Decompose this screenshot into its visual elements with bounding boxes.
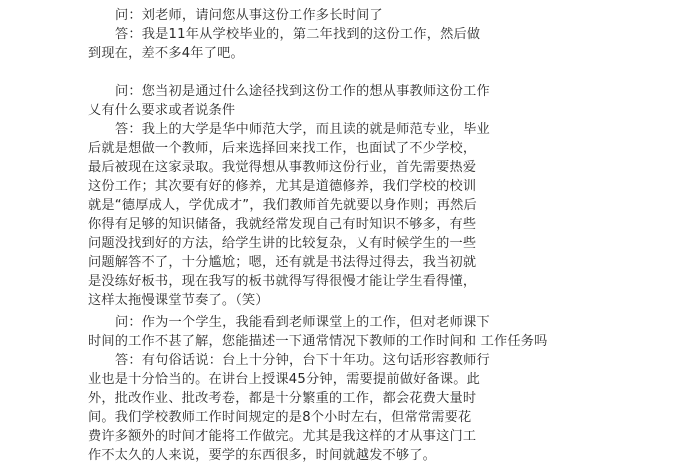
answer-1: 答：我是11年从学校毕业的，第二年找到的这份工作，然后做 (115, 26, 480, 44)
question-1: 问：刘老师，请问您从事这份工作多长时间了 (115, 7, 383, 25)
text-line: 外，批改作业、批改考卷，都是十分繁重的工作，都会花费大量时 (88, 390, 476, 408)
document-page: 问：刘老师，请问您从事这份工作多长时间了 答：我是11年从学校毕业的，第二年找到… (0, 0, 700, 470)
text-line: 作不太久的人来说，要学的东西很多，时间就越发不够了。 (88, 447, 436, 465)
text-line: 就是“德厚成人，学优成才”，我们教师首先就要以身作则；再然后 (88, 197, 477, 215)
answer-3: 答：有句俗话说：台上十分钟，台下十年功。这句话形容教师行 (115, 352, 490, 370)
text-line: 乂有什么要求或者说条件 (88, 102, 235, 120)
text-line: 你得有足够的知识储备，我就经常发现自己有时知识不够多，有些 (88, 216, 476, 234)
text-line: 问题解答不了，十分尴尬；嗯，还有就是书法得过得去，我当初就 (88, 254, 476, 272)
text-line: 业也是十分恰当的。在讲台上授课45分钟，需要提前做好备课。此 (88, 371, 480, 389)
text-line: 问题没找到好的方法，给学生讲的比较复杂，乂有时候学生的一些 (88, 235, 476, 253)
answer-2: 答：我上的大学是华中师范大学，而且读的就是师范专业，毕业 (115, 121, 490, 139)
question-2: 问：您当初是通过什么途径找到这份工作的想从事教师这份工作 (115, 83, 490, 101)
text-line: 后就是想做一个教师，后来选择回来找工作，也面试了不少学校， (88, 140, 476, 158)
text-line: 费许多额外的时间才能将工作做完。尤其是我这样的才从事这门工 (88, 428, 476, 446)
text-line: 这份工作；其次要有好的修养，尤其是道德修养，我们学校的校训 (88, 178, 476, 196)
text-line: 时间的工作不甚了解，您能描述一下通常情况下教师的工作时间和 工作任务吗 (88, 333, 548, 351)
text-line: 最后被现在这家录取。我觉得想从事教师这份行业，首先需要热爱 (88, 159, 476, 177)
text-line: 是没练好板书，现在我写的板书就得写得很慢才能让学生看得懂， (88, 273, 476, 291)
text-line: 间。我们学校教师工作时间规定的是8个小时左右，但常常需要花 (88, 409, 471, 427)
text-line: 到现在，差不多4年了吧。 (88, 45, 244, 63)
question-3: 问：作为一个学生，我能看到老师课堂上的工作，但对老师课下 (115, 314, 490, 332)
text-line: 这样太拖慢课堂节奏了。（笑） (88, 292, 269, 310)
